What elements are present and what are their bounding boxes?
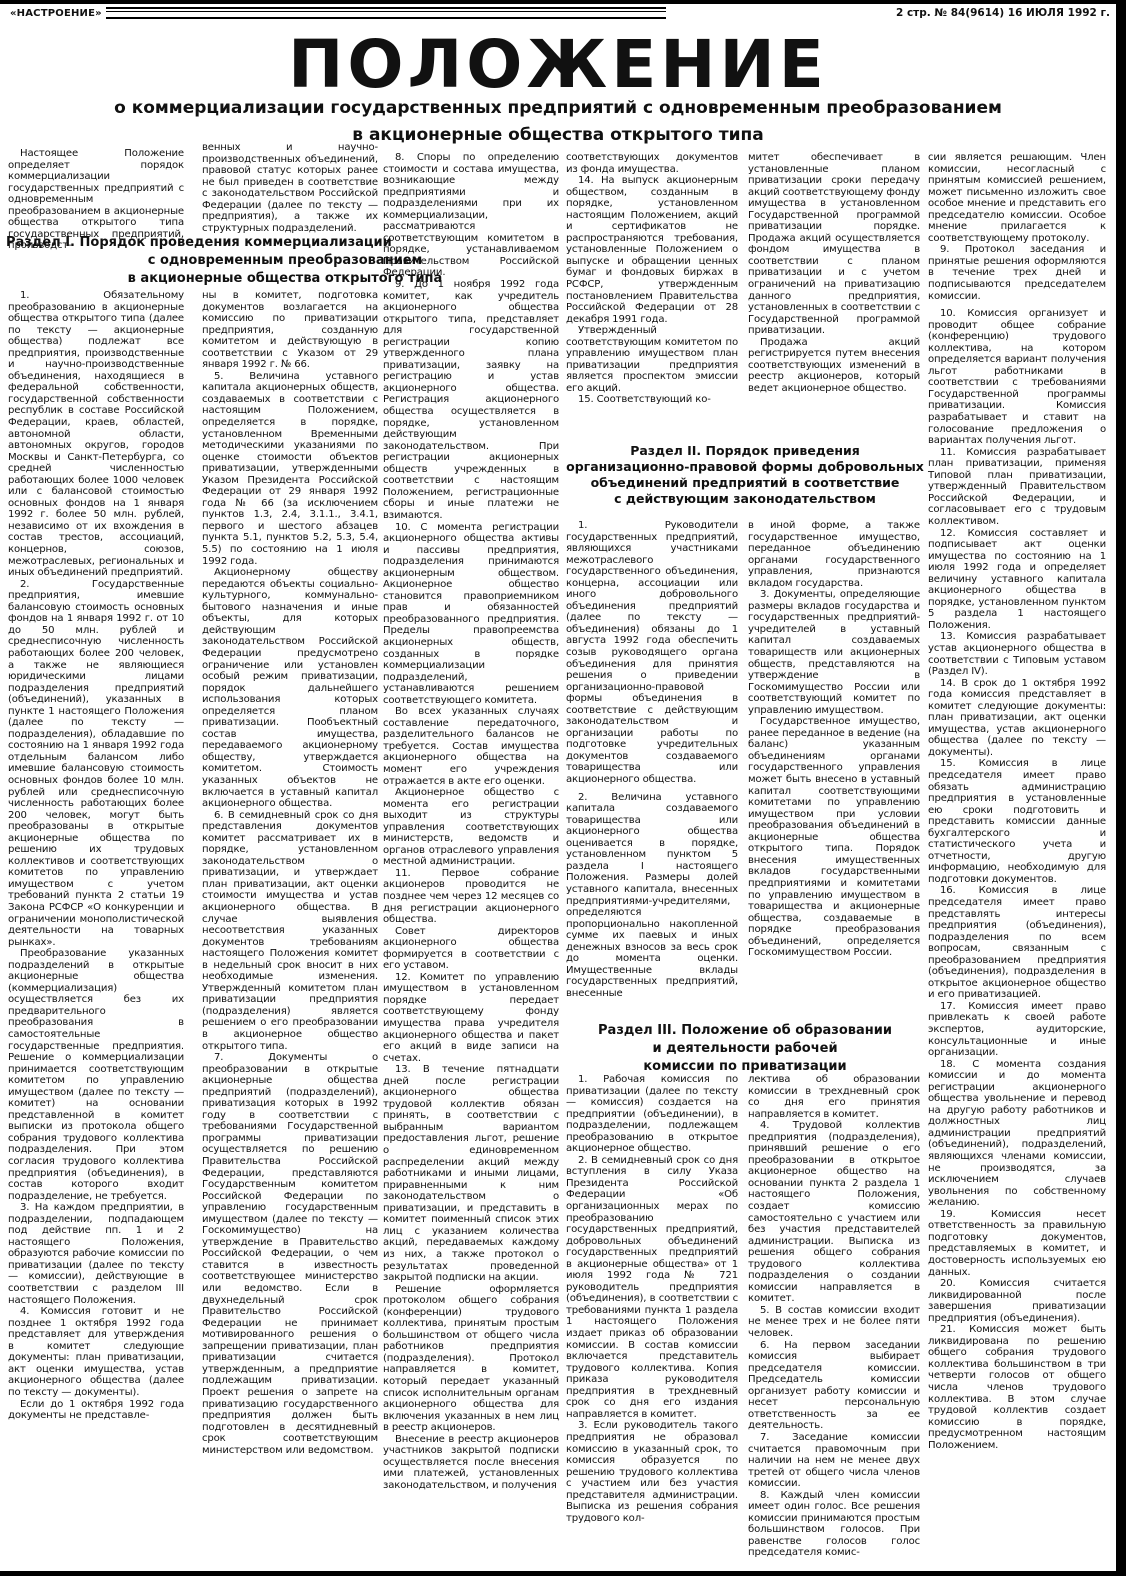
section1-col1: 1. Обязательному преобразованию в акцион… <box>8 290 184 1422</box>
paragraph: 3. На каждом предприятии, в подразделени… <box>8 1202 184 1306</box>
paragraph: 4. Комиссия готовит и не позднее 1 октяб… <box>8 1306 184 1398</box>
paragraph: 7. Документы о преобразовании в открытые… <box>202 1052 378 1456</box>
paragraph: 13. Комиссия разрабатывает устав акционе… <box>928 631 1106 677</box>
paragraph: венных и научно-производственных объедин… <box>202 142 378 234</box>
issue-info: 2 стр. № 84(9614) 16 ИЮЛЯ 1992 г. <box>896 7 1110 19</box>
paragraph: соответствующих документов из фонда имущ… <box>566 152 738 175</box>
paragraph: сии является решающим. Член комиссии, не… <box>928 152 1106 244</box>
paragraph: 15. Комиссия в лице председателя имеет п… <box>928 758 1106 885</box>
paragraph: 5. Величина уставного капитала акционерн… <box>202 371 378 567</box>
section3-col1: 1. Рабочая комиссия по приватизации (дал… <box>566 1074 738 1524</box>
paragraph: 9. Протокол заседания и принятые решения… <box>928 244 1106 302</box>
paragraph: 12. Комиссия составляет и подписывает ак… <box>928 528 1106 632</box>
section2-heading-line2: организационно-правовой формы добровольн… <box>560 459 930 475</box>
section1-col4: соответствующих документов из фонда имущ… <box>566 152 738 406</box>
paragraph: 5. В состав комиссии входит не менее тре… <box>748 1305 920 1340</box>
paragraph: 11. Комиссия разрабатывает план приватиз… <box>928 447 1106 528</box>
intro-col2: венных и научно-производственных объедин… <box>202 142 378 234</box>
section2-heading: Раздел II. Порядок приведения организаци… <box>560 443 930 507</box>
section2-heading-line3: объединений предприятий в соответствие <box>560 475 930 491</box>
paragraph: 11. Первое собрание акционеров проводитс… <box>383 868 559 926</box>
paragraph: 1. Обязательному преобразованию в акцион… <box>8 290 184 579</box>
paragraph: 2. Государственные предприятия, имевшие … <box>8 579 184 949</box>
page-title: ПОЛОЖЕНИЕ <box>0 30 1116 100</box>
paragraph: в иной форме, а также государственное им… <box>748 520 920 589</box>
paragraph: Государственное имущество, ранее передан… <box>748 716 920 958</box>
section2-heading-line4: с действующим законодательством <box>560 491 930 507</box>
section2-col2: в иной форме, а также государственное им… <box>748 520 920 959</box>
paragraph: 4. Трудовой коллектив предприятия (подра… <box>748 1120 920 1305</box>
paragraph: Утвержденный соответствующим комитетом п… <box>566 325 738 394</box>
section2-heading-line1: Раздел II. Порядок приведения <box>560 443 930 459</box>
paragraph: 16. Комиссия в лице председателя имеет п… <box>928 885 1106 1000</box>
paragraph: 1. Рабочая комиссия по приватизации (дал… <box>566 1074 738 1155</box>
paragraph: 12. Комитет по управлению имуществом в у… <box>383 972 559 1064</box>
paragraph: 6. На первом заседании комиссия выбирает… <box>748 1340 920 1432</box>
paragraph: Акционерному обществу передаются объекты… <box>202 567 378 809</box>
bottom-border <box>0 1571 1126 1576</box>
newspaper-page: «НАСТРОЕНИЕ» 2 стр. № 84(9614) 16 ИЮЛЯ 1… <box>0 0 1116 1576</box>
paragraph: 6. В семидневный срок со дня представлен… <box>202 810 378 1052</box>
section3-heading-line2: и деятельности рабочей <box>560 1040 930 1058</box>
paragraph: 19. Комиссия несет ответственность за пр… <box>928 1209 1106 1278</box>
paragraph: 1. Руководители государственных предприя… <box>566 520 738 786</box>
paragraph: 20. Комиссия считается ликвидированной п… <box>928 1278 1106 1324</box>
subtitle-line2: в акционерные общества открытого типа <box>0 123 1116 147</box>
paragraph: 10. С момента регистрации акционерного о… <box>383 522 559 707</box>
paragraph: 3. Если руководитель такого предприятия … <box>566 1420 738 1524</box>
subtitle-line1: о коммерциализации государственных предп… <box>0 96 1116 120</box>
section1-col5: митет обеспечивает в установленные плано… <box>748 152 920 394</box>
paragraph: 3. Документы, определяющие размеры вклад… <box>748 589 920 716</box>
paragraph: Если до 1 октября 1992 года документы не… <box>8 1399 184 1422</box>
paragraph: 9. До 1 ноября 1992 года комитет, как уч… <box>383 279 559 521</box>
newspaper-name: «НАСТРОЕНИЕ» <box>10 8 102 19</box>
paragraph: 8. Каждый член комиссии имеет один голос… <box>748 1490 920 1559</box>
section3-heading-line1: Раздел III. Положение об образовании <box>560 1022 930 1040</box>
paragraph: 14. В срок до 1 октября 1992 года комисс… <box>928 678 1106 759</box>
paragraph: лектива об образовании комиссии в трехдн… <box>748 1074 920 1120</box>
paragraph: 10. Комиссия организует и проводит общее… <box>928 308 1106 447</box>
paragraph: 15. Соответствующий ко- <box>566 394 738 406</box>
section2-col1: 1. Руководители государственных предприя… <box>566 520 738 999</box>
paragraph: митет обеспечивает в установленные плано… <box>748 152 920 337</box>
section3-col3: сии является решающим. Член комиссии, не… <box>928 152 1106 1451</box>
section1-col2: ны в комитет, подготовка документов возл… <box>202 290 378 1456</box>
section1-col3: 8. Споры по определению стоимости и сост… <box>383 152 559 1491</box>
paragraph: 8. Споры по определению стоимости и сост… <box>383 152 559 279</box>
paragraph: Преобразование указанных подразделений в… <box>8 948 184 1202</box>
top-border <box>0 0 1126 4</box>
scan-edge <box>1116 0 1126 1576</box>
paragraph: 13. В течение пятнадцати дней после реги… <box>383 1064 559 1283</box>
paragraph: Внесение в реестр акционеров участников … <box>383 1434 559 1492</box>
masthead-rule <box>106 7 666 19</box>
paragraph: 7. Заседание комиссии считается правомоч… <box>748 1432 920 1490</box>
paragraph: ны в комитет, подготовка документов возл… <box>202 290 378 371</box>
paragraph: 18. С момента создания комиссии и до мом… <box>928 1059 1106 1209</box>
paragraph: 17. Комиссия имеет право привлекать к св… <box>928 1001 1106 1059</box>
section3-col2: лектива об образовании комиссии в трехдн… <box>748 1074 920 1559</box>
paragraph: Акционерное общество с момента его регис… <box>383 787 559 868</box>
paragraph: Решение оформляется протоколом общего со… <box>383 1284 559 1434</box>
paragraph: Во всех указанных случаях составление пе… <box>383 706 559 787</box>
paragraph: 14. На выпуск акционерным обществом, соз… <box>566 175 738 325</box>
paragraph: Совет директоров акционерного общества ф… <box>383 926 559 972</box>
paragraph: Продажа акций регистрируется путем внесе… <box>748 337 920 395</box>
masthead: «НАСТРОЕНИЕ» 2 стр. № 84(9614) 16 ИЮЛЯ 1… <box>10 6 1110 20</box>
paragraph: 2. В семидневный срок со дня вступления … <box>566 1155 738 1421</box>
section3-heading: Раздел III. Положение об образовании и д… <box>560 1022 930 1076</box>
paragraph: 2. Величина уставного капитала создаваем… <box>566 792 738 1000</box>
paragraph: 21. Комиссия может быть ликвидирована по… <box>928 1324 1106 1451</box>
